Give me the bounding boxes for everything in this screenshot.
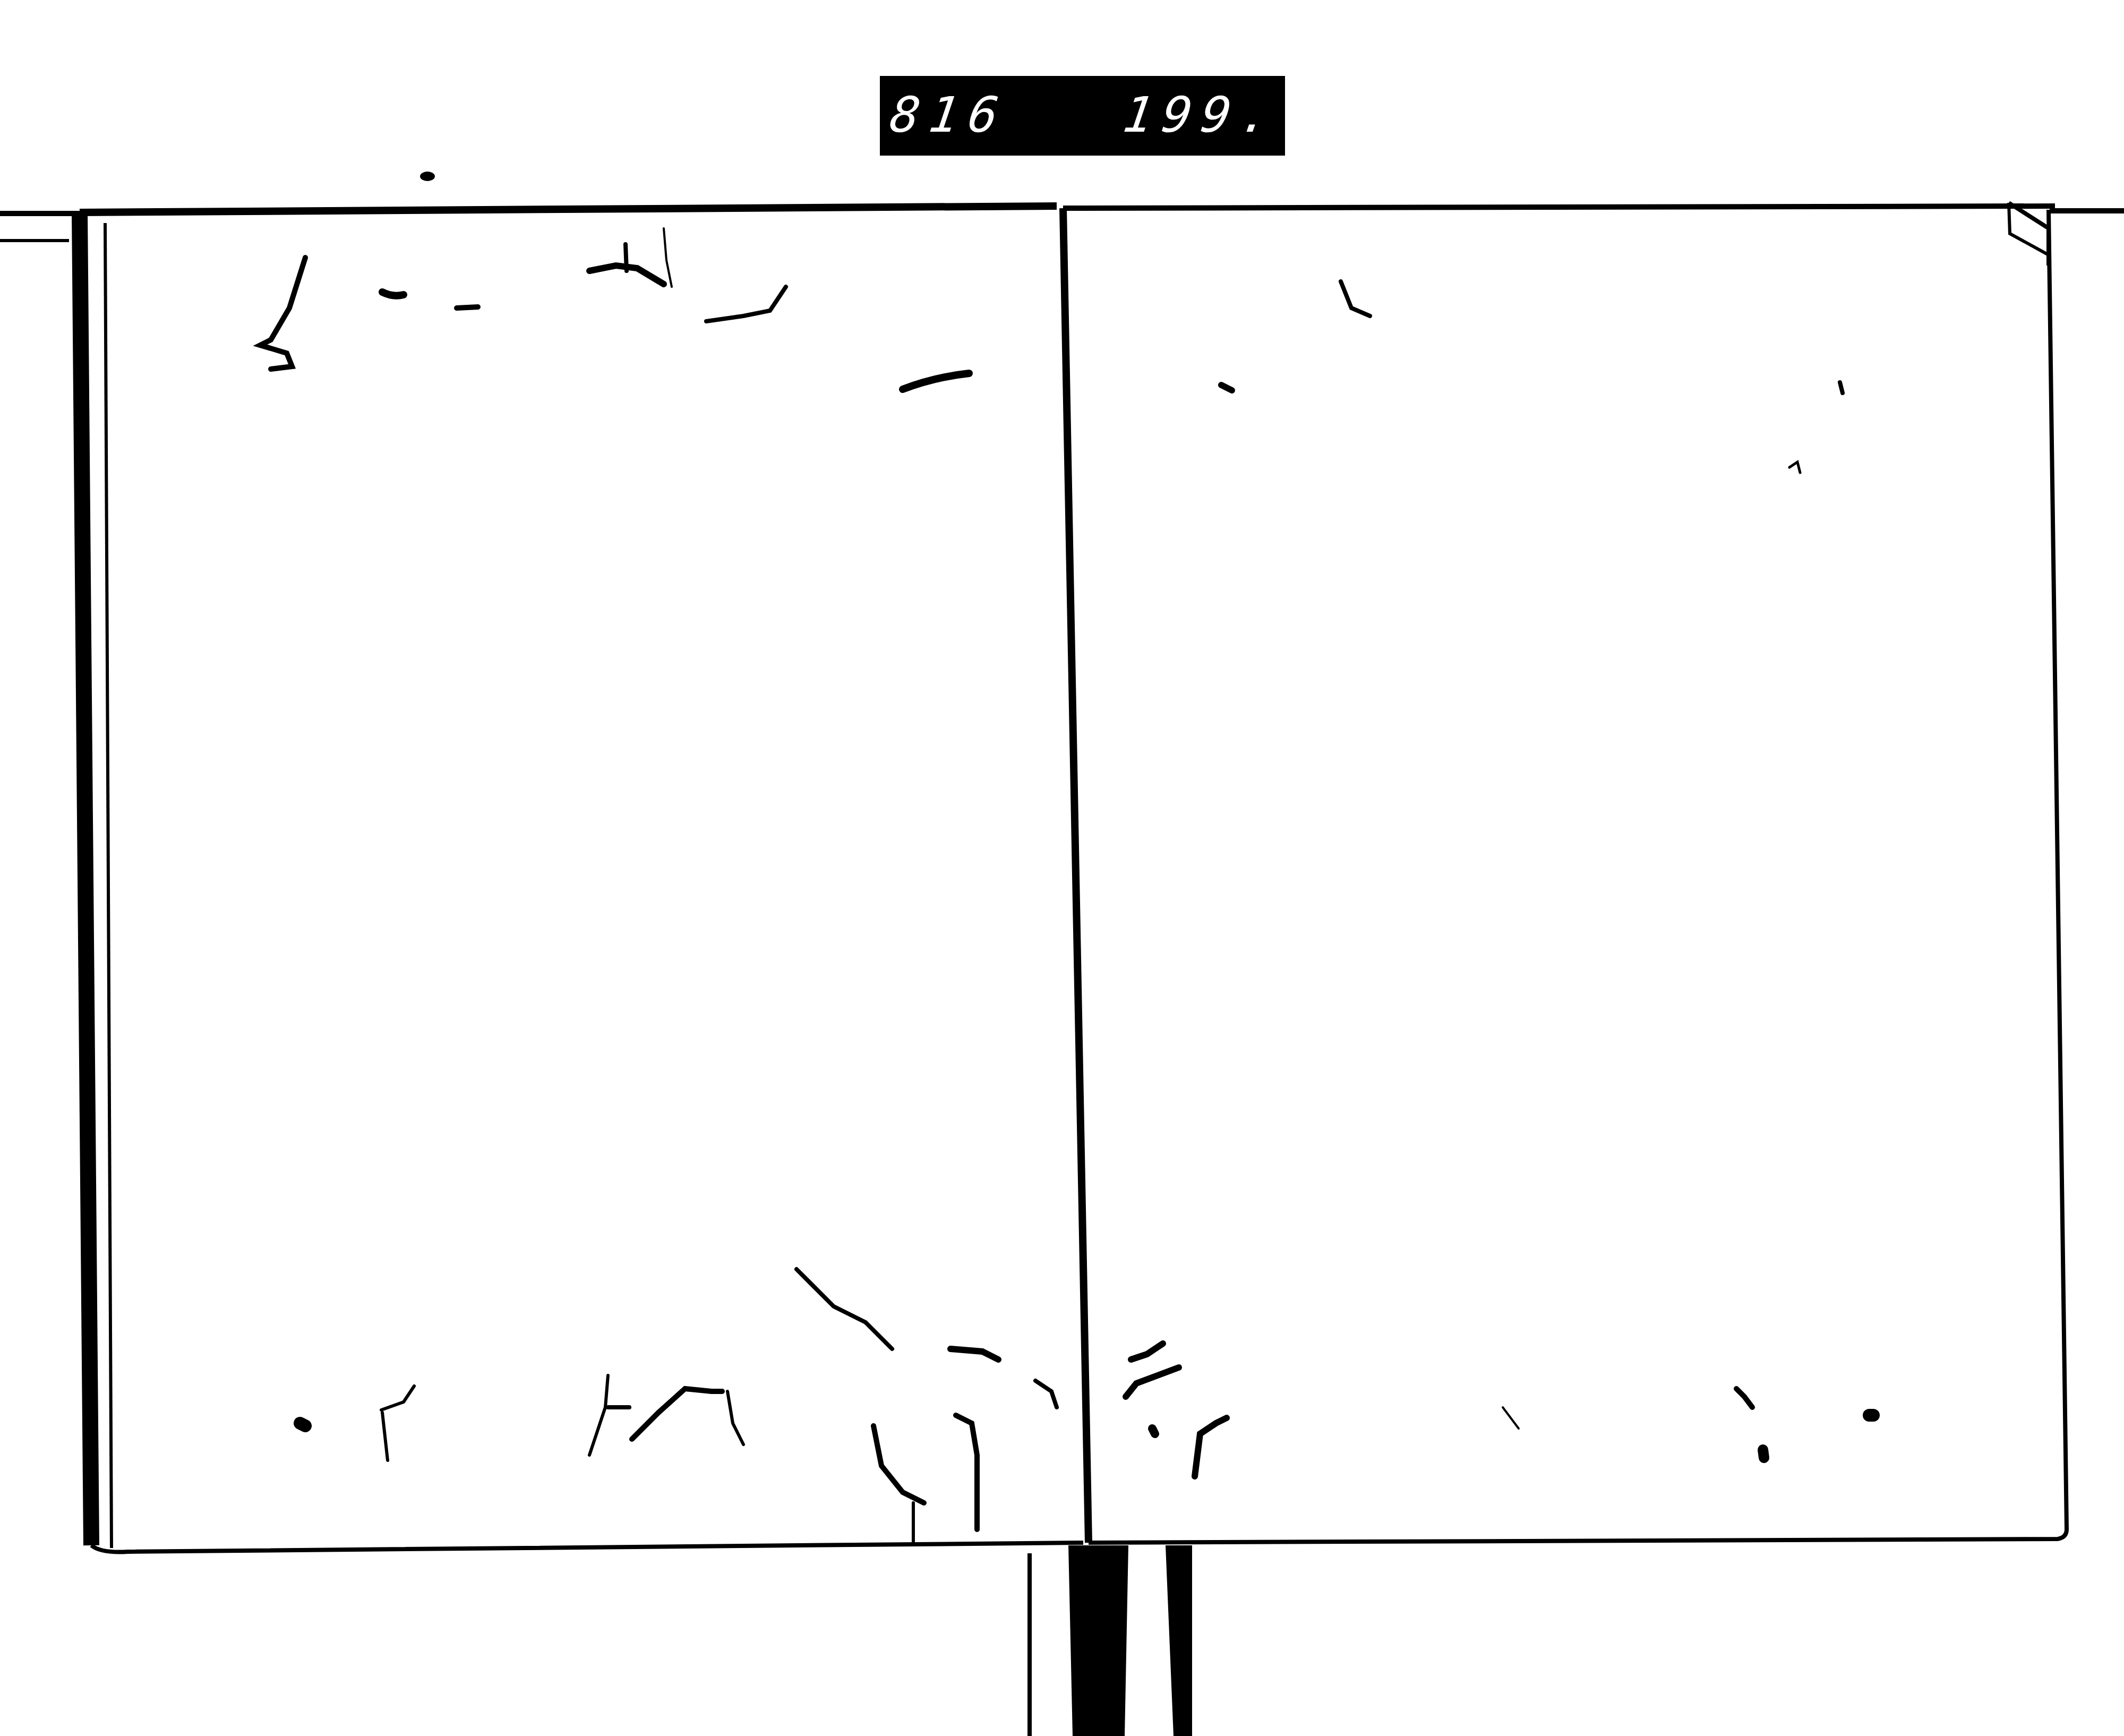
spine-clamps — [1027, 1545, 1192, 1736]
ink-spot — [420, 172, 435, 181]
page-marks-left — [260, 228, 1057, 1543]
book-scan — [0, 0, 2124, 1736]
page-marks-right — [1126, 281, 1873, 1476]
left-page — [80, 206, 1083, 1552]
call-number-label: 816 199. — [880, 76, 1285, 156]
label-right-number: 199. — [1120, 91, 1283, 140]
label-left-number: 816 — [887, 91, 1011, 140]
gutter-line — [1063, 208, 1089, 1543]
right-page — [1063, 203, 2067, 1543]
